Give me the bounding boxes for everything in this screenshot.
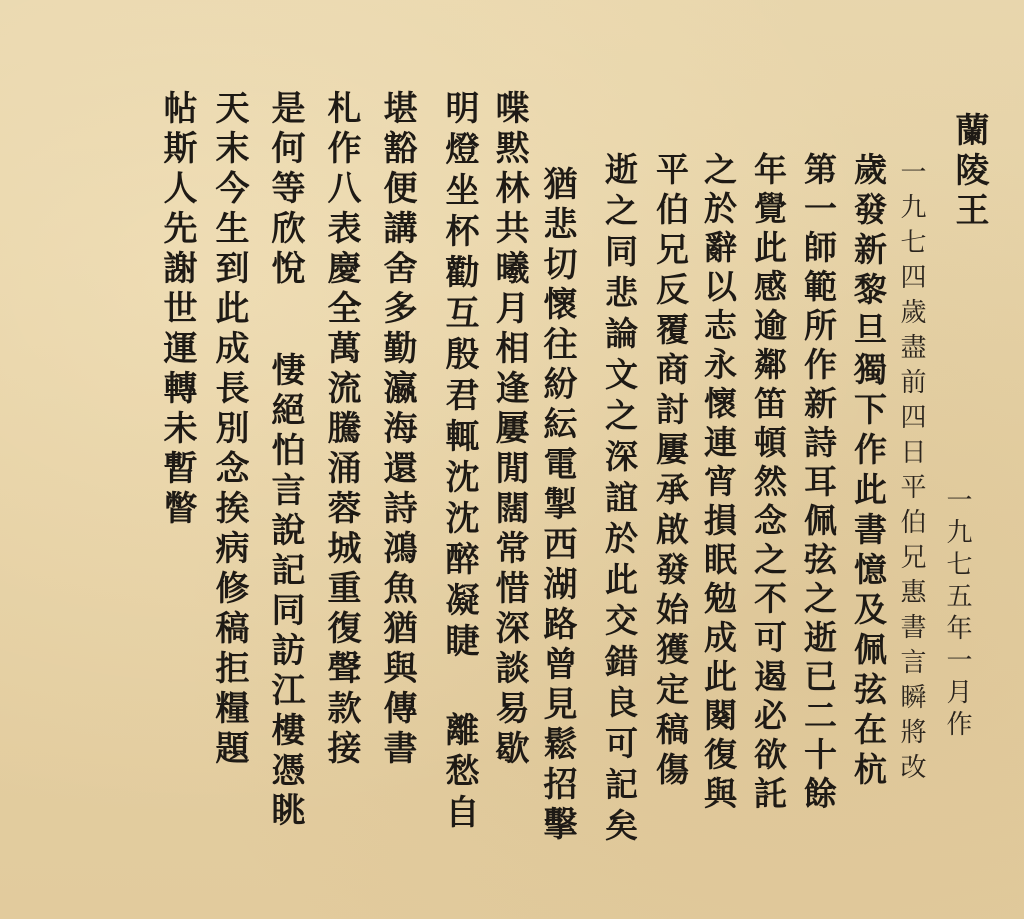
preface-column-5: 之於辭以志永懷連宵損眠勉成此闋復與 <box>702 152 735 815</box>
poem-column-1: 猶悲切懷往紛紜電掣西湖路曾見鬆招擊 <box>540 166 574 846</box>
preface-column-4: 年覺此感逾鄰笛頓然念之不可遏必欲託 <box>752 152 785 815</box>
poem-column-4: 堪豁便講舍多勤瀛海還詩鴻魚猶與傳書 <box>380 90 414 770</box>
preface-column-7: 逝之同悲論文之深誼於此交錯良可記矣 <box>603 152 636 849</box>
poem-column-3: 明燈坐杯勸互殷君輒沈沈醉凝睫 <box>442 90 476 664</box>
preface-column-6: 平伯兄反覆商討屢承啟發始獲定稿傷 <box>654 152 687 792</box>
poem-column-7: 天末今生到此成長別念挨病修稿拒糧題 <box>212 90 246 770</box>
preface-column-2: 歲發新黎旦獨下作此書憶及佩弦在杭 <box>852 152 885 792</box>
poem-column-8: 帖斯人先謝世運轉未暫瞥 <box>160 90 194 530</box>
poem-column-3-continuation: 離愁自 <box>442 712 476 835</box>
poem-column-5: 札作八表慶全萬流騰涌蓉城重復聲款接 <box>324 90 358 770</box>
poem-column-2: 喋黙林共曦月相逢屢閒闊常惜深談易歇 <box>492 90 526 770</box>
poem-title: 蘭陵王 <box>952 112 986 232</box>
poem-column-6: 是何等欣悅 <box>268 90 302 290</box>
poem-column-6-continuation: 悽絕怕言說記同訪江樓憑眺 <box>268 352 302 832</box>
preface-column-3: 第一師範所作新詩耳佩弦之逝已二十餘 <box>802 152 835 815</box>
date-line: 一九七五年一月作 <box>944 486 970 742</box>
preface-column-1: 一九七四歲盡前四日平伯兄惠書言瞬將改 <box>898 158 924 788</box>
